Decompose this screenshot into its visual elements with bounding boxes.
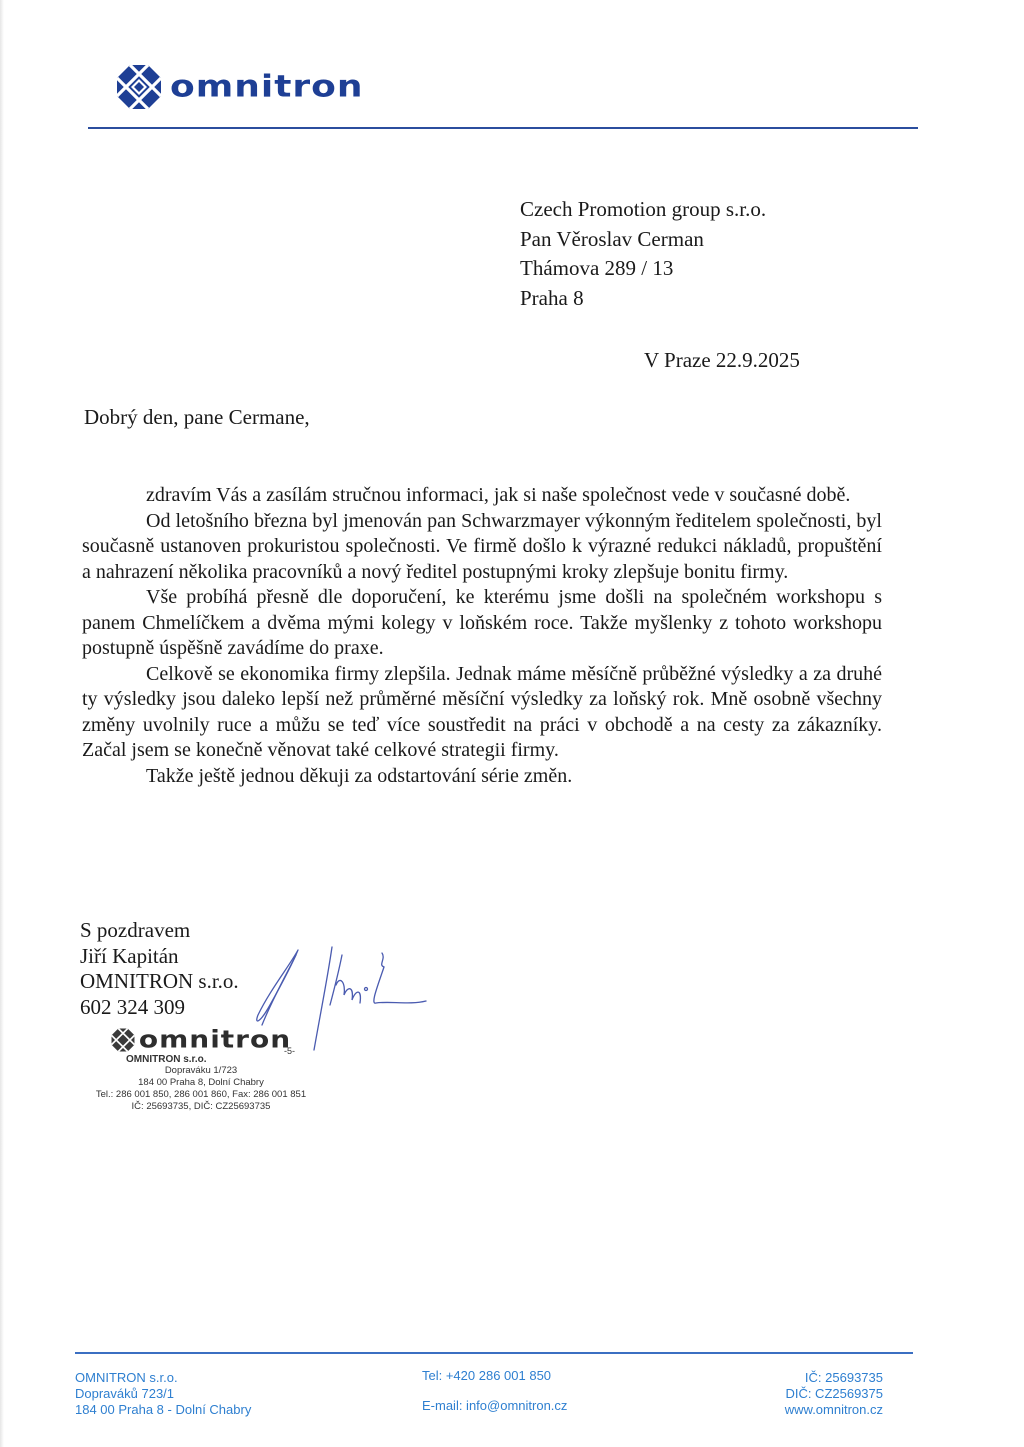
omnitron-emblem-icon [116, 64, 162, 110]
recipient-address: Czech Promotion group s.r.o. Pan Věrosla… [520, 195, 766, 313]
stamp-street: Dopraváku 1/723 [86, 1065, 316, 1077]
signer-name: Jiří Kapitán [80, 944, 239, 970]
letter-body: zdravím Vás a zasílám stručnou informaci… [82, 483, 882, 789]
stamp-city: 184 00 Praha 8, Dolní Chabry [86, 1077, 316, 1089]
footer-phone[interactable]: Tel: +420 286 001 850 [422, 1368, 567, 1384]
handwritten-signature [250, 945, 440, 1055]
footer-contact: Tel: +420 286 001 850 E-mail: info@omnit… [422, 1368, 567, 1414]
paragraph: Od letošního března byl jmenován pan Sch… [82, 509, 882, 586]
stamp-phones: Tel.: 286 001 850, 286 001 860, Fax: 286… [86, 1089, 316, 1101]
paragraph: Takže ještě jednou děkuji za odstartován… [82, 764, 882, 790]
paragraph: Vše probíhá přesně dle doporučení, ke kt… [82, 585, 882, 662]
company-logo: omnitron [116, 64, 364, 110]
closing-block: S pozdravem Jiří Kapitán OMNITRON s.r.o.… [80, 918, 239, 1020]
stamp-ids: IČ: 25693735, DIČ: CZ25693735 [86, 1101, 316, 1113]
footer-dic: DIČ: CZ2569375 [785, 1386, 883, 1402]
footer-email[interactable]: E-mail: info@omnitron.cz [422, 1398, 567, 1414]
greeting: Dobrý den, pane Cermane, [84, 405, 310, 430]
paragraph: zdravím Vás a zasílám stručnou informaci… [82, 483, 882, 509]
salutation: S pozdravem [80, 918, 239, 944]
paragraph: Celkově se ekonomika firmy zlepšila. Jed… [82, 662, 882, 764]
footer-ids: IČ: 25693735 DIČ: CZ2569375 www.omnitron… [785, 1370, 883, 1418]
page-edge [0, 0, 4, 1447]
recipient-person: Pan Věroslav Cerman [520, 225, 766, 255]
brand-name: omnitron [170, 72, 364, 103]
footer-city: 184 00 Praha 8 - Dolní Chabry [75, 1402, 251, 1418]
header-divider [88, 127, 918, 129]
omnitron-emblem-icon [111, 1028, 135, 1052]
footer-divider [75, 1352, 913, 1354]
recipient-city: Praha 8 [520, 284, 766, 314]
footer-ico: IČ: 25693735 [785, 1370, 883, 1386]
footer-website[interactable]: www.omnitron.cz [785, 1402, 883, 1418]
recipient-company: Czech Promotion group s.r.o. [520, 195, 766, 225]
letter-date: V Praze 22.9.2025 [644, 348, 800, 373]
footer-company: OMNITRON s.r.o. [75, 1370, 251, 1386]
footer-street: Dopraváků 723/1 [75, 1386, 251, 1402]
signer-company: OMNITRON s.r.o. [80, 969, 239, 995]
signer-phone: 602 324 309 [80, 995, 239, 1021]
footer-address: OMNITRON s.r.o. Dopraváků 723/1 184 00 P… [75, 1370, 251, 1418]
recipient-street: Thámova 289 / 13 [520, 254, 766, 284]
